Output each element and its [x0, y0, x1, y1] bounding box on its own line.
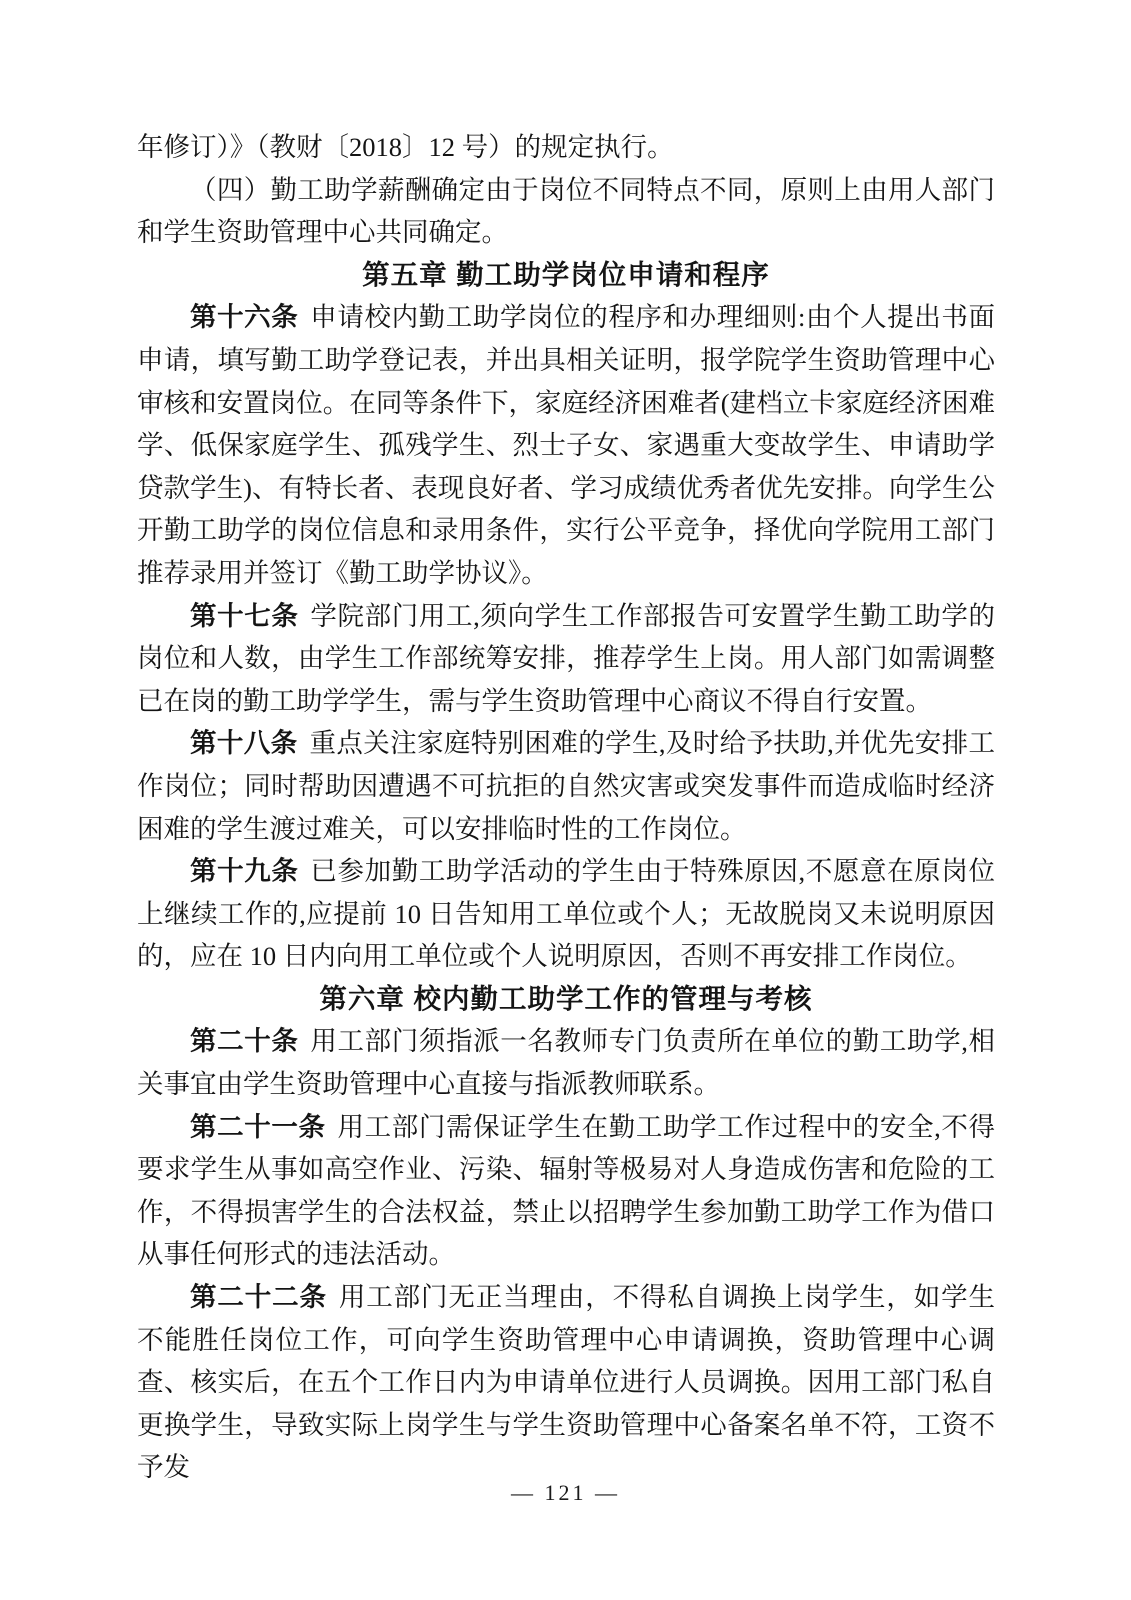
article-19-label: 第十九条 [190, 856, 298, 886]
article-21-label: 第二十一条 [190, 1112, 326, 1142]
article-16-label: 第十六条 [190, 302, 298, 332]
chapter-5-heading: 第五章 勤工助学岗位申请和程序 [137, 254, 995, 297]
article-20-label: 第二十条 [190, 1026, 298, 1056]
article-20: 第二十条用工部门须指派一名教师专门负责所在单位的勤工助学,相关事宜由学生资助管理… [137, 1020, 995, 1105]
page-footer: — 121 — [0, 1480, 1131, 1506]
article-16-text: 申请校内勤工助学岗位的程序和办理细则:由个人提出书面申请，填写勤工助学登记表，并… [137, 302, 995, 588]
article-17-label: 第十七条 [190, 601, 298, 631]
article-22-text: 用工部门无正当理由，不得私自调换上岗学生，如学生不能胜任岗位工作，可向学生资助管… [137, 1282, 995, 1482]
article-17: 第十七条学院部门用工,须向学生工作部报告可安置学生勤工助学的岗位和人数，由学生工… [137, 595, 995, 723]
item-4-paragraph: （四）勤工助学薪酬确定由于岗位不同特点不同，原则上由用人部门和学生资助管理中心共… [137, 169, 995, 254]
document-page: 年修订）》（教财〔2018〕12 号）的规定执行。 （四）勤工助学薪酬确定由于岗… [0, 0, 1131, 1600]
continuation-text: 年修订）》（教财〔2018〕12 号）的规定执行。 [137, 126, 995, 169]
article-18: 第十八条重点关注家庭特别困难的学生,及时给予扶助,并优先安排工作岗位；同时帮助因… [137, 722, 995, 850]
article-18-label: 第十八条 [190, 728, 298, 758]
article-19: 第十九条已参加勤工助学活动的学生由于特殊原因,不愿意在原岗位上继续工作的,应提前… [137, 850, 995, 978]
page-number: — 121 — [511, 1480, 620, 1505]
article-16: 第十六条申请校内勤工助学岗位的程序和办理细则:由个人提出书面申请，填写勤工助学登… [137, 296, 995, 594]
article-22: 第二十二条用工部门无正当理由，不得私自调换上岗学生，如学生不能胜任岗位工作，可向… [137, 1276, 995, 1489]
article-21: 第二十一条用工部门需保证学生在勤工助学工作过程中的安全,不得要求学生从事如高空作… [137, 1106, 995, 1276]
document-body: 年修订）》（教财〔2018〕12 号）的规定执行。 （四）勤工助学薪酬确定由于岗… [137, 126, 995, 1489]
chapter-6-heading: 第六章 校内勤工助学工作的管理与考核 [137, 978, 995, 1021]
article-22-label: 第二十二条 [190, 1282, 327, 1312]
